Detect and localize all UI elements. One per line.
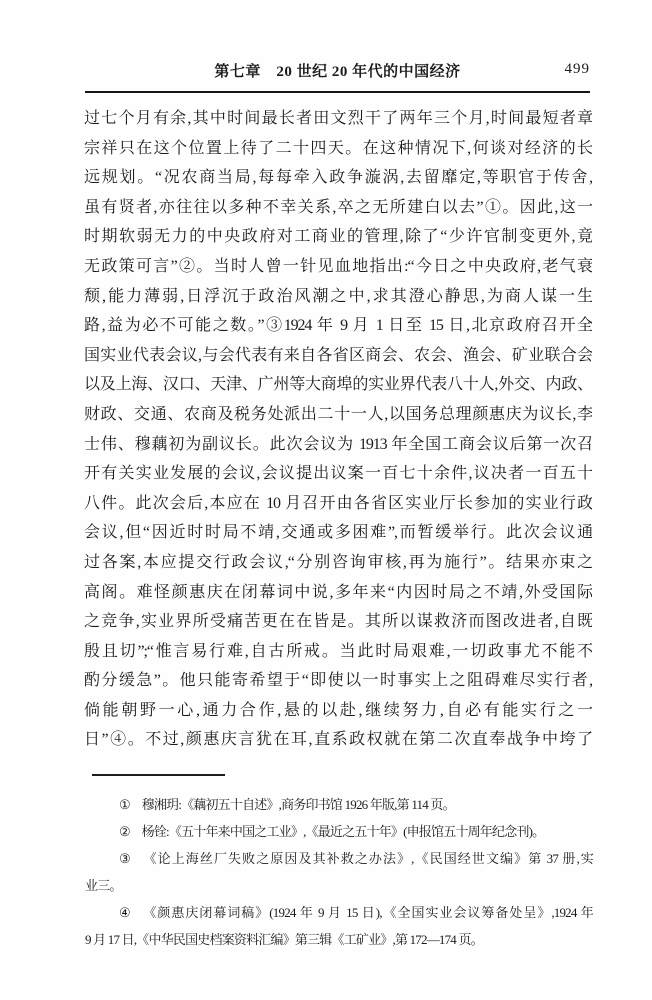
body-text-line: 酌分缓急”。他只能寄希望于“即使以一时事实上之阻碍难尽实行者, [84, 666, 592, 696]
footnote-line: ②杨铨:《五十年来中国之工业》,《最近之五十年》(申报馆五十周年纪念刊)。 [85, 818, 593, 845]
body-text-line: 会议,但“因近时时局不靖,交通或多困难”,而暂缓举行。此次会议通 [84, 518, 592, 548]
footnote-3: ③《论上海丝厂失败之原因及其补救之办法》,《民国经世文编》第 37 册,实 业三… [85, 845, 593, 899]
body-text-line: 八件。此次会后,本应在 10 月召开由各省区实业厅长参加的实业行政 [84, 489, 592, 519]
body-text-line: 之竞争,实业界所受痛苦更在在皆是。其所以谋救济而图改进者,自既 [84, 607, 592, 637]
body-text-line: 殷且切”;“惟言易行难,自古所戒。当此时局艰难,一切政事尤不能不 [84, 637, 592, 667]
body-text-line: 路,益为必不可能之数。”③1924 年 9 月 1 日至 15 日,北京政府召开… [84, 311, 592, 341]
footnote-marker: ② [119, 818, 131, 845]
body-text-line: 无政策可言”②。当时人曾一针见血地指出:“今日之中央政府,老气衰 [84, 252, 592, 282]
footnote-text: 《论上海丝厂失败之原因及其补救之办法》,《民国经世文编》第 37 册,实 [142, 851, 593, 866]
footnote-2: ②杨铨:《五十年来中国之工业》,《最近之五十年》(申报馆五十周年纪念刊)。 [85, 818, 593, 845]
footnote-line: 9 月 17 日,《中华民国史档案资料汇编》第三辑《工矿业》,第 172—174… [85, 926, 593, 953]
body-text-line: 国实业代表会议,与会代表有来自各省区商会、农会、渔会、矿业联合会 [84, 341, 592, 371]
body-text-line: 过七个月有余,其中时间最长者田文烈干了两年三个月,时间最短者章 [84, 104, 592, 134]
header-rule [85, 91, 590, 93]
footnote-line: ①穆湘玥:《藕初五十自述》,商务印书馆 1926 年版,第 114 页。 [85, 791, 593, 818]
page-header: 第七章 20 世纪 20 年代的中国经济 499 [85, 60, 590, 84]
footnote-marker: ④ [119, 899, 131, 926]
body-text-line: 倘能朝野一心,通力合作,悬的以赴,继续努力,自必有能实行之一 [84, 696, 592, 726]
footnote-1: ①穆湘玥:《藕初五十自述》,商务印书馆 1926 年版,第 114 页。 [85, 791, 593, 818]
body-text-line: 以及上海、汉口、天津、广州等大商埠的实业界代表八十人,外交、内政、 [84, 370, 592, 400]
body-text-line: 财政、交通、农商及税务处派出二十一人,以国务总理颜惠庆为议长,李 [84, 400, 592, 430]
footnotes: ①穆湘玥:《藕初五十自述》,商务印书馆 1926 年版,第 114 页。 ②杨铨… [85, 791, 593, 953]
body-text-line: 开有关实业发展的会议,会议提出议案一百七十余件,议决者一百五十 [84, 459, 592, 489]
footnote-text: 杨铨:《五十年来中国之工业》,《最近之五十年》(申报馆五十周年纪念刊)。 [142, 824, 545, 839]
footnote-text: 《颜惠庆闭幕词稿》(1924 年 9 月 15 日),《全国实业会议筹备处呈》,… [142, 905, 593, 920]
body-text-line: 颓,能力薄弱,日浮沉于政治风潮之中,求其澄心静思,为商人谋一生 [84, 282, 592, 312]
body-text-line: 过各案,本应提交行政会议,“分别咨询审核,再为施行”。结果亦束之 [84, 548, 592, 578]
body-text-line: 日”④。不过,颜惠庆言犹在耳,直系政权就在第二次直奉战争中垮了 [84, 725, 592, 755]
footnote-line: ④《颜惠庆闭幕词稿》(1924 年 9 月 15 日),《全国实业会议筹备处呈》… [85, 899, 593, 926]
body-text-line: 虽有贤者,亦往往以多种不幸关系,卒之无所建白以去”①。因此,这一 [84, 193, 592, 223]
chapter-title: 第七章 20 世纪 20 年代的中国经济 [85, 60, 590, 81]
body-text-line: 高阁。难怪颜惠庆在闭幕词中说,多年来“内因时局之不靖,外受国际 [84, 578, 592, 608]
footnote-text: 穆湘玥:《藕初五十自述》,商务印书馆 1926 年版,第 114 页。 [142, 797, 455, 812]
page-number: 499 [565, 61, 591, 78]
footnote-marker: ③ [119, 845, 131, 872]
body-text-line: 士伟、穆藕初为副议长。此次会议为 1913 年全国工商会议后第一次召 [84, 430, 592, 460]
footnote-line: ③《论上海丝厂失败之原因及其补救之办法》,《民国经世文编》第 37 册,实 [85, 845, 593, 872]
body-text-line: 远规划。“况农商当局,每每牵入政争漩涡,去留靡定,等职官于传舍, [84, 163, 592, 193]
body-text-line: 时期软弱无力的中央政府对工商业的管理,除了“少许官制变更外,竟 [84, 222, 592, 252]
body-text-line: 宗祥只在这个位置上待了二十四天。在这种情况下,何谈对经济的长 [84, 134, 592, 164]
footnote-line: 业三。 [85, 872, 593, 899]
book-page: 第七章 20 世纪 20 年代的中国经济 499 过七个月有余,其中时间最长者田… [0, 0, 652, 1000]
footnote-separator [92, 774, 225, 776]
footnote-4: ④《颜惠庆闭幕词稿》(1924 年 9 月 15 日),《全国实业会议筹备处呈》… [85, 899, 593, 953]
body-text: 过七个月有余,其中时间最长者田文烈干了两年三个月,时间最短者章 宗祥只在这个位置… [84, 104, 592, 755]
footnote-marker: ① [119, 791, 131, 818]
